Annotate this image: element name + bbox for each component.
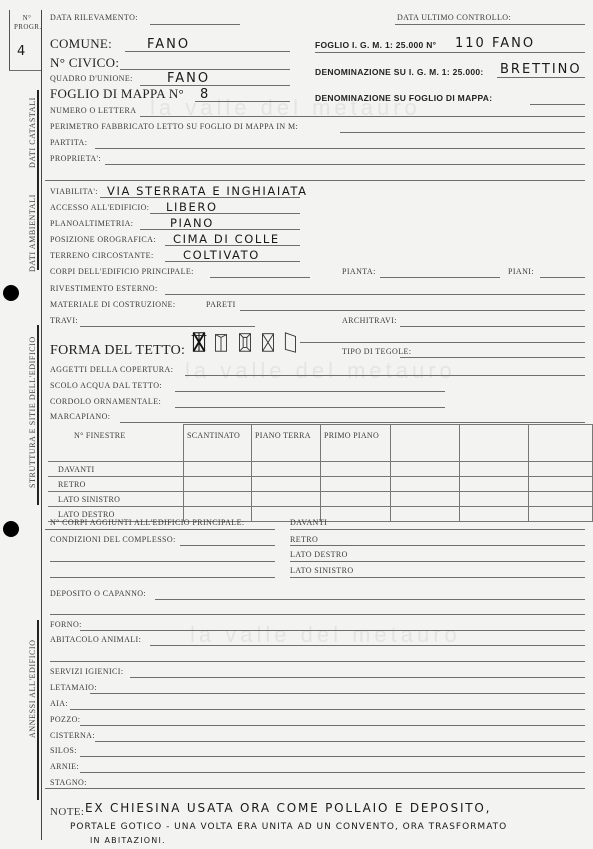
numero-lettera-field[interactable] bbox=[140, 116, 585, 117]
progr-box-border bbox=[9, 10, 10, 70]
corpi-aggiunti-label: N° CORPI AGGIUNTI ALL'EDIFICIO PRINCIPAL… bbox=[50, 518, 244, 527]
corpi-label: CORPI DELL'EDIFICIO PRINCIPALE: bbox=[50, 267, 194, 276]
pareti-label: PARETI bbox=[206, 300, 236, 309]
numero-lettera-label: NUMERO o LETTERA bbox=[50, 106, 136, 115]
retro-label: RETRO bbox=[290, 535, 318, 544]
travi-field[interactable] bbox=[80, 326, 255, 327]
denominazione-igm-field[interactable] bbox=[497, 77, 585, 78]
finestre-cell[interactable] bbox=[184, 477, 252, 492]
lato-destro-field[interactable] bbox=[290, 561, 585, 562]
section-bracket bbox=[37, 90, 39, 270]
foglio-mappa-value[interactable]: 8 bbox=[200, 87, 210, 102]
roof-option-4-icon[interactable] bbox=[260, 330, 276, 354]
watermark: la valle del metauro bbox=[185, 358, 456, 384]
finestre-cell[interactable] bbox=[184, 492, 252, 507]
marcapiano-label: MARCAPIANO: bbox=[50, 412, 110, 421]
architravi-field[interactable] bbox=[400, 326, 585, 327]
deposito-field-extra[interactable] bbox=[50, 614, 585, 615]
posizione-field[interactable] bbox=[165, 245, 300, 246]
finestre-cell[interactable] bbox=[460, 492, 529, 507]
finestre-table: N° FINESTRE SCANTINATO PIANO TERRA PRIMO… bbox=[48, 424, 593, 522]
silos-label: SILOS: bbox=[50, 746, 77, 755]
finestre-cell[interactable] bbox=[529, 492, 593, 507]
finestre-col-header: PIANO TERRA bbox=[252, 425, 321, 462]
davanti-field[interactable] bbox=[290, 529, 585, 530]
data-rilevamento-label: DATA RILEVAMENTO: bbox=[50, 13, 138, 22]
denominazione-mappa-label: DENOMINAZIONE SU FOGLIO DI MAPPA: bbox=[315, 93, 492, 103]
finestre-cell[interactable] bbox=[391, 507, 460, 522]
viabilita-label: VIABILITA': bbox=[50, 187, 98, 196]
pozzo-field[interactable] bbox=[80, 725, 585, 726]
roof-option-1-checked-icon[interactable] bbox=[191, 330, 207, 354]
cordolo-field[interactable] bbox=[175, 407, 445, 408]
denominazione-igm-value[interactable]: BRETTINO bbox=[500, 62, 582, 77]
proprieta-field-extra[interactable] bbox=[45, 180, 585, 181]
perimetro-label: PERIMETRO FABBRICATO LETTO SU FOGLIO DI … bbox=[50, 122, 298, 131]
lato-sinistro-field[interactable] bbox=[290, 577, 585, 578]
aia-field[interactable] bbox=[70, 709, 585, 710]
perimetro-field[interactable] bbox=[340, 132, 585, 133]
comune-label: COMUNE: bbox=[50, 36, 112, 52]
tipo-tegole-field[interactable] bbox=[400, 357, 585, 358]
n-progr-label: N° PROGR. bbox=[14, 14, 40, 32]
progr-box-border bbox=[9, 70, 41, 71]
finestre-cell[interactable] bbox=[460, 477, 529, 492]
roof-option-5-icon[interactable] bbox=[282, 330, 298, 354]
deposito-label: DEPOSITO o CAPANNO: bbox=[50, 589, 146, 598]
civico-field[interactable] bbox=[120, 69, 290, 70]
partita-field[interactable] bbox=[95, 148, 585, 149]
finestre-cell[interactable] bbox=[252, 477, 321, 492]
silos-field[interactable] bbox=[80, 756, 585, 757]
data-ultimo-controllo-label: DATA ULTIMO CONTROLLO: bbox=[397, 13, 511, 22]
marcapiano-field[interactable] bbox=[120, 422, 585, 423]
arnie-label: ARNIE: bbox=[50, 762, 79, 771]
foglio-igm-field[interactable] bbox=[315, 52, 585, 53]
pareti-field[interactable] bbox=[240, 310, 585, 311]
forno-field[interactable] bbox=[80, 630, 585, 631]
scolo-label: SCOLO ACQUA DAL TETTO: bbox=[50, 381, 162, 390]
finestre-col-header bbox=[529, 425, 593, 462]
letamaio-field[interactable] bbox=[90, 693, 585, 694]
finestre-cell[interactable] bbox=[321, 492, 391, 507]
pianta-label: PIANTA: bbox=[342, 267, 376, 276]
finestre-cell[interactable] bbox=[529, 507, 593, 522]
tipo-tegole-label: TIPO DI TEGOLE: bbox=[342, 347, 411, 356]
travi-label: TRAVI: bbox=[50, 316, 78, 325]
section-bracket bbox=[37, 620, 39, 800]
planoaltimetria-value[interactable]: PIANO bbox=[170, 216, 214, 230]
quadro-value[interactable]: FANO bbox=[167, 71, 210, 86]
denominazione-mappa-field[interactable] bbox=[530, 104, 585, 105]
servizi-label: SERVIZI IGIENICI: bbox=[50, 667, 123, 676]
terreno-label: TERRENO CIRCOSTANTE: bbox=[50, 251, 154, 260]
roof-option-2-icon[interactable] bbox=[213, 330, 229, 354]
table-row: LATO SINISTRO bbox=[48, 492, 593, 507]
lato-sinistro-label: LATO SINISTRO bbox=[290, 566, 354, 575]
posizione-label: POSIZIONE OROGRAFICA: bbox=[50, 235, 156, 244]
arnie-field[interactable] bbox=[80, 772, 585, 773]
aggetti-field[interactable] bbox=[185, 375, 585, 376]
planoaltimetria-label: PLANOALTIMETRIA: bbox=[50, 219, 133, 228]
binder-hole bbox=[3, 521, 19, 537]
finestre-col-header bbox=[391, 425, 460, 462]
condizioni-label: CONDIZIONI DEL COMPLESSO: bbox=[50, 535, 176, 544]
accesso-label: ACCESSO ALL'EDIFICIO: bbox=[50, 203, 149, 212]
pozzo-label: POZZO: bbox=[50, 715, 80, 724]
finestre-cell[interactable] bbox=[321, 462, 391, 477]
condizioni-field-extra[interactable] bbox=[50, 561, 275, 562]
viabilita-field[interactable] bbox=[100, 197, 300, 198]
architravi-field-extra[interactable] bbox=[300, 342, 585, 343]
retro-field[interactable] bbox=[290, 545, 585, 546]
finestre-corner-label: N° FINESTRE bbox=[48, 425, 184, 462]
finestre-cell[interactable] bbox=[391, 492, 460, 507]
section-label-ambientali: DATI AMBIENTALI bbox=[28, 194, 37, 272]
abitacolo-field-extra[interactable] bbox=[50, 661, 585, 662]
condizioni-field[interactable] bbox=[180, 545, 275, 546]
table-row: RETRO bbox=[48, 477, 593, 492]
table-row: DAVANTI bbox=[48, 462, 593, 477]
comune-value[interactable]: FANO bbox=[147, 37, 190, 52]
n-progr-value[interactable]: 4 bbox=[17, 44, 27, 59]
scolo-field[interactable] bbox=[175, 391, 445, 392]
corpi-aggiunti-field[interactable] bbox=[45, 529, 275, 530]
posizione-value[interactable]: CIMA DI COLLE bbox=[173, 232, 280, 246]
pianta-field[interactable] bbox=[380, 277, 500, 278]
architravi-label: ARCHITRAVI: bbox=[342, 316, 397, 325]
davanti-label: DAVANTI bbox=[290, 518, 327, 527]
note-line-2[interactable]: PORTALE GOTICO - UNA VOLTA ERA UNITA AD … bbox=[70, 822, 507, 832]
note-label: NOTE: bbox=[50, 806, 84, 818]
finestre-row-label: RETRO bbox=[48, 477, 184, 492]
finestre-cell[interactable] bbox=[529, 477, 593, 492]
binder-hole bbox=[3, 285, 19, 301]
finestre-cell[interactable] bbox=[460, 462, 529, 477]
planoaltimetria-field[interactable] bbox=[140, 229, 300, 230]
finestre-cell[interactable] bbox=[391, 462, 460, 477]
comune-field[interactable] bbox=[125, 51, 290, 52]
denominazione-igm-label: DENOMINAZIONE SU I. G. M. 1: 25.000: bbox=[315, 67, 484, 77]
viabilita-value[interactable]: VIA STERRATA E INGHIAIATA bbox=[107, 184, 308, 198]
partita-label: PARTITA: bbox=[50, 138, 87, 147]
cisterna-label: CISTERNA: bbox=[50, 731, 95, 740]
forno-label: FORNO: bbox=[50, 620, 82, 629]
aggetti-label: AGGETTI DELLA COPERTURA: bbox=[50, 365, 173, 374]
finestre-row-label: LATO SINISTRO bbox=[48, 492, 184, 507]
finestre-col-header: SCANTINATO bbox=[184, 425, 252, 462]
rivestimento-label: RIVESTIMENTO ESTERNO: bbox=[50, 284, 158, 293]
lato-destro-label: LATO DESTRO bbox=[290, 550, 348, 559]
accesso-field[interactable] bbox=[150, 213, 300, 214]
aia-label: AIA: bbox=[50, 699, 68, 708]
rivestimento-field[interactable] bbox=[165, 294, 585, 295]
civico-label: N° CIVICO: bbox=[50, 55, 119, 71]
finestre-cell[interactable] bbox=[391, 477, 460, 492]
data-rilevamento-field[interactable] bbox=[150, 24, 240, 25]
note-line-1[interactable]: EX CHIESINA USATA ORA COME POLLAIO E DEP… bbox=[85, 801, 491, 815]
section-label-annessi: ANNESSI ALL'EDIFICIO bbox=[28, 639, 37, 738]
abitacolo-label: ABITACOLO ANIMALI: bbox=[50, 635, 141, 644]
finestre-cell[interactable] bbox=[184, 462, 252, 477]
foglio-mappa-field[interactable] bbox=[195, 101, 290, 102]
terreno-value[interactable]: COLTIVATO bbox=[183, 248, 260, 262]
deposito-field[interactable] bbox=[155, 599, 585, 600]
note-line-3[interactable]: IN ABITAZIONI. bbox=[90, 836, 166, 845]
foglio-mappa-label: FOGLIO DI MAPPA N° bbox=[50, 86, 184, 102]
cisterna-field[interactable] bbox=[95, 741, 585, 742]
accesso-value[interactable]: LIBERO bbox=[166, 200, 218, 214]
quadro-label: QUADRO D'UNIONE: bbox=[50, 74, 133, 83]
section-bracket bbox=[37, 325, 39, 505]
section-label-catastali: DATI CATASTALI bbox=[28, 97, 37, 168]
section-label-struttura: STRUTTURA E SITIE DELL'EDIFICIO bbox=[28, 336, 37, 488]
piani-label: PIANI: bbox=[508, 267, 534, 276]
terreno-field[interactable] bbox=[165, 261, 300, 262]
data-ultimo-controllo-field[interactable] bbox=[395, 24, 585, 25]
stagno-label: STAGNO: bbox=[50, 778, 87, 787]
finestre-row-label: DAVANTI bbox=[48, 462, 184, 477]
servizi-field[interactable] bbox=[130, 677, 585, 678]
foglio-igm-value[interactable]: 110 FANO bbox=[455, 36, 535, 51]
finestre-cell[interactable] bbox=[460, 507, 529, 522]
finestre-cell[interactable] bbox=[252, 492, 321, 507]
proprieta-label: PROPRIETA': bbox=[50, 154, 101, 163]
abitacolo-field[interactable] bbox=[150, 645, 585, 646]
finestre-cell[interactable] bbox=[529, 462, 593, 477]
finestre-col-header bbox=[460, 425, 529, 462]
condizioni-field-extra[interactable] bbox=[50, 577, 275, 578]
roof-option-3-icon[interactable] bbox=[237, 330, 253, 354]
finestre-cell[interactable] bbox=[252, 462, 321, 477]
finestre-cell[interactable] bbox=[321, 507, 391, 522]
piani-field[interactable] bbox=[540, 277, 585, 278]
forma-tetto-label: FORMA DEL TETTO: bbox=[50, 343, 185, 359]
corpi-field[interactable] bbox=[210, 277, 310, 278]
finestre-cell[interactable] bbox=[321, 477, 391, 492]
materiale-label: MATERIALE DI COSTRUZIONE: bbox=[50, 300, 176, 309]
letamaio-label: LETAMAIO: bbox=[50, 683, 97, 692]
stagno-field[interactable] bbox=[45, 788, 585, 789]
foglio-igm-label: FOGLIO I. G. M. 1: 25.000 N° bbox=[315, 40, 436, 50]
form-left-border bbox=[41, 10, 42, 840]
finestre-col-header: PRIMO PIANO bbox=[321, 425, 391, 462]
cordolo-label: CORDOLO ORNAMENTALE: bbox=[50, 397, 161, 406]
proprieta-field[interactable] bbox=[105, 164, 585, 165]
